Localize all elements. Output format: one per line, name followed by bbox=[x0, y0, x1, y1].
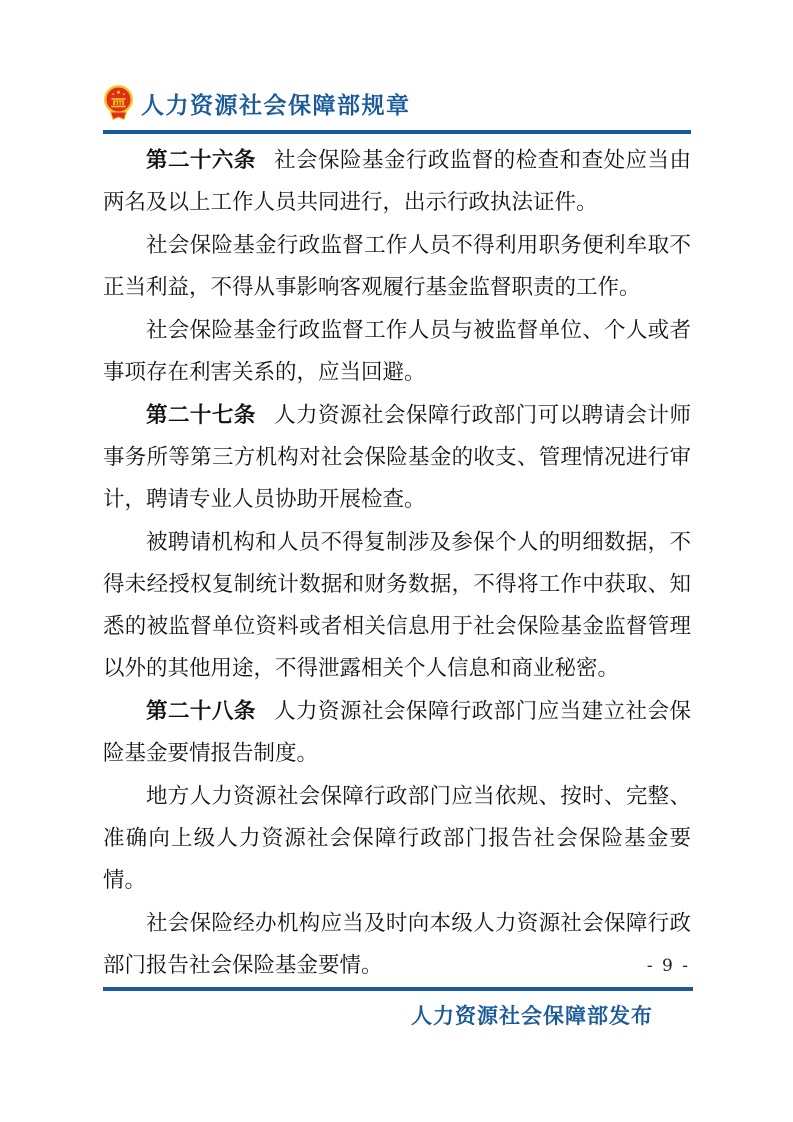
paragraph: 社会保险基金行政监督工作人员与被监督单位、个人或者事项存在利害关系的，应当回避。 bbox=[103, 309, 691, 394]
page-number: - 9 - bbox=[647, 956, 690, 976]
article-number: 第二十八条 bbox=[146, 699, 256, 723]
document-page: 人力资源社会保障部规章 第二十六条社会保险基金行政监督的检查和查处应当由两名及以… bbox=[0, 0, 793, 1122]
national-emblem-icon bbox=[103, 85, 134, 121]
paragraph-text: 地方人力资源社会保障行政部门应当依规、按时、完整、准确向上级人力资源社会保障行政… bbox=[103, 784, 691, 893]
footer-rule bbox=[103, 987, 693, 991]
paragraph-text: 社会保险基金行政监督工作人员与被监督单位、个人或者事项存在利害关系的，应当回避。 bbox=[103, 318, 691, 385]
paragraph-text: 被聘请机构和人员不得复制涉及参保个人的明细数据，不得未经授权复制统计数据和财务数… bbox=[103, 530, 691, 681]
page-header: 人力资源社会保障部规章 bbox=[103, 85, 691, 121]
article-number: 第二十七条 bbox=[146, 403, 256, 427]
article-number: 第二十六条 bbox=[146, 148, 256, 172]
paragraph: 第二十八条人力资源社会保障行政部门应当建立社会保险基金要情报告制度。 bbox=[103, 690, 691, 775]
paragraph-text: 社会保险基金行政监督工作人员不得利用职务便利牟取不正当利益，不得从事影响客观履行… bbox=[103, 233, 691, 300]
publisher-line: 人力资源社会保障部发布 bbox=[411, 1000, 653, 1030]
header-rule bbox=[103, 130, 691, 134]
paragraph: 地方人力资源社会保障行政部门应当依规、按时、完整、准确向上级人力资源社会保障行政… bbox=[103, 775, 691, 902]
document-body: 第二十六条社会保险基金行政监督的检查和查处应当由两名及以上工作人员共同进行，出示… bbox=[103, 139, 691, 987]
page-title: 人力资源社会保障部规章 bbox=[141, 87, 411, 120]
paragraph: 社会保险基金行政监督工作人员不得利用职务便利牟取不正当利益，不得从事影响客观履行… bbox=[103, 224, 691, 309]
paragraph: 社会保险经办机构应当及时向本级人力资源社会保障行政部门报告社会保险基金要情。 bbox=[103, 902, 691, 987]
paragraph-text: 社会保险经办机构应当及时向本级人力资源社会保障行政部门报告社会保险基金要情。 bbox=[103, 911, 691, 978]
paragraph: 第二十六条社会保险基金行政监督的检查和查处应当由两名及以上工作人员共同进行，出示… bbox=[103, 139, 691, 224]
paragraph: 被聘请机构和人员不得复制涉及参保个人的明细数据，不得未经授权复制统计数据和财务数… bbox=[103, 521, 691, 690]
paragraph: 第二十七条人力资源社会保障行政部门可以聘请会计师事务所等第三方机构对社会保险基金… bbox=[103, 394, 691, 521]
